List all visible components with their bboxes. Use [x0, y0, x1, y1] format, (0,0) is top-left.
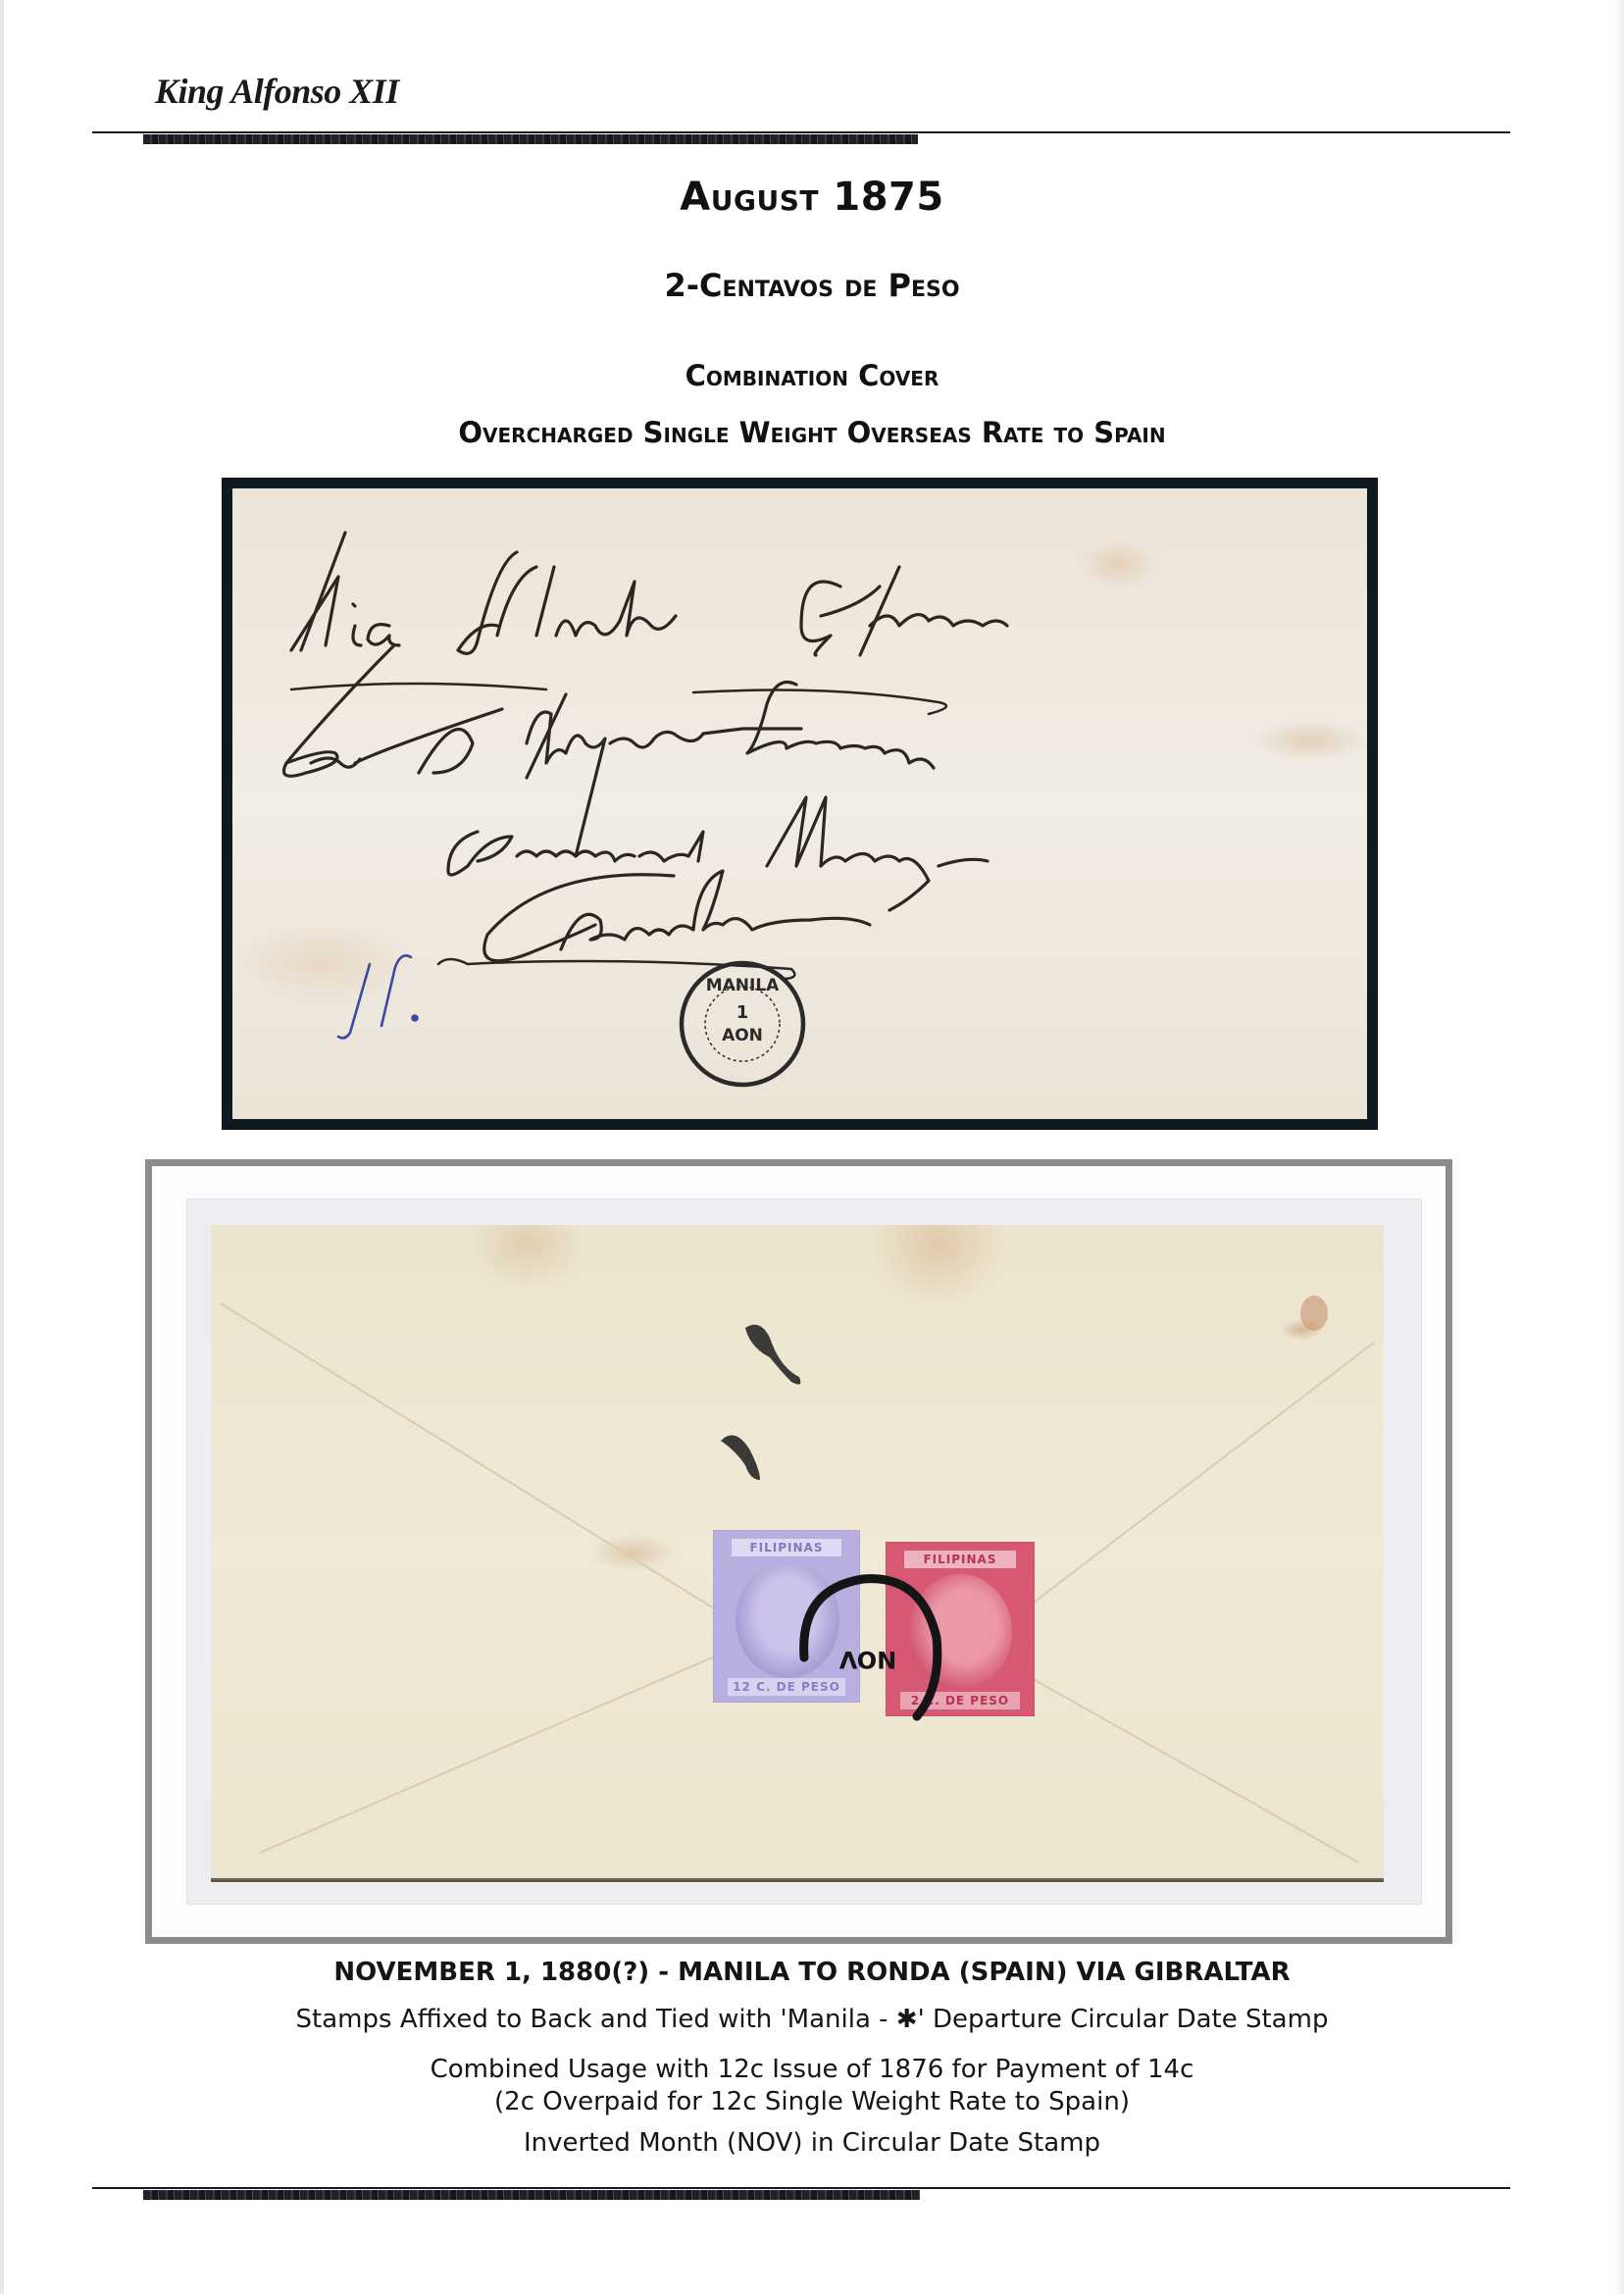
postmark-day: 1 [736, 1002, 749, 1023]
header-rule-bar [143, 134, 918, 144]
postmark-town: MANILA [706, 976, 780, 995]
back-postmark: NOV [785, 1559, 971, 1726]
heading-denomination: 2-Centavos de Peso [0, 267, 1624, 304]
caption-line-3: (2c Overpaid for 12c Single Weight Rate … [0, 2086, 1624, 2118]
heading-cover-type: Combination Cover [0, 359, 1624, 392]
caption-title: NOVEMBER 1, 1880(?) - MANILA TO RONDA (S… [0, 1958, 1624, 1987]
footer-rule [92, 2187, 1510, 2189]
back-postmark-month: NOV [838, 1646, 896, 1673]
postmark-month: AON [722, 1026, 763, 1045]
caption-line-2: Combined Usage with 12c Issue of 1876 fo… [0, 2054, 1624, 2086]
caption-line-4: Inverted Month (NOV) in Circular Date St… [0, 2128, 1624, 2158]
page-right-edge [1614, 0, 1624, 2294]
cover-front-image: MANILA 1 AON [222, 478, 1378, 1130]
heading-rate-note: Overcharged Single Weight Overseas Rate … [0, 416, 1624, 449]
caption-line-2-3: Combined Usage with 12c Issue of 1876 fo… [0, 2054, 1624, 2118]
stamp-country: FILIPINAS [732, 1539, 841, 1556]
footer-rule-bar [143, 2190, 920, 2200]
section-title: King Alfonso XII [155, 71, 399, 112]
manuscript-15 [338, 955, 418, 1038]
page-left-edge [0, 0, 4, 2294]
header-rule [92, 131, 1510, 133]
front-postmark: MANILA 1 AON [682, 963, 803, 1085]
manuscript-address: MANILA 1 AON [232, 488, 1367, 1119]
heading-date: August 1875 [0, 175, 1624, 220]
caption-line-1: Stamps Affixed to Back and Tied with 'Ma… [0, 2005, 1624, 2034]
